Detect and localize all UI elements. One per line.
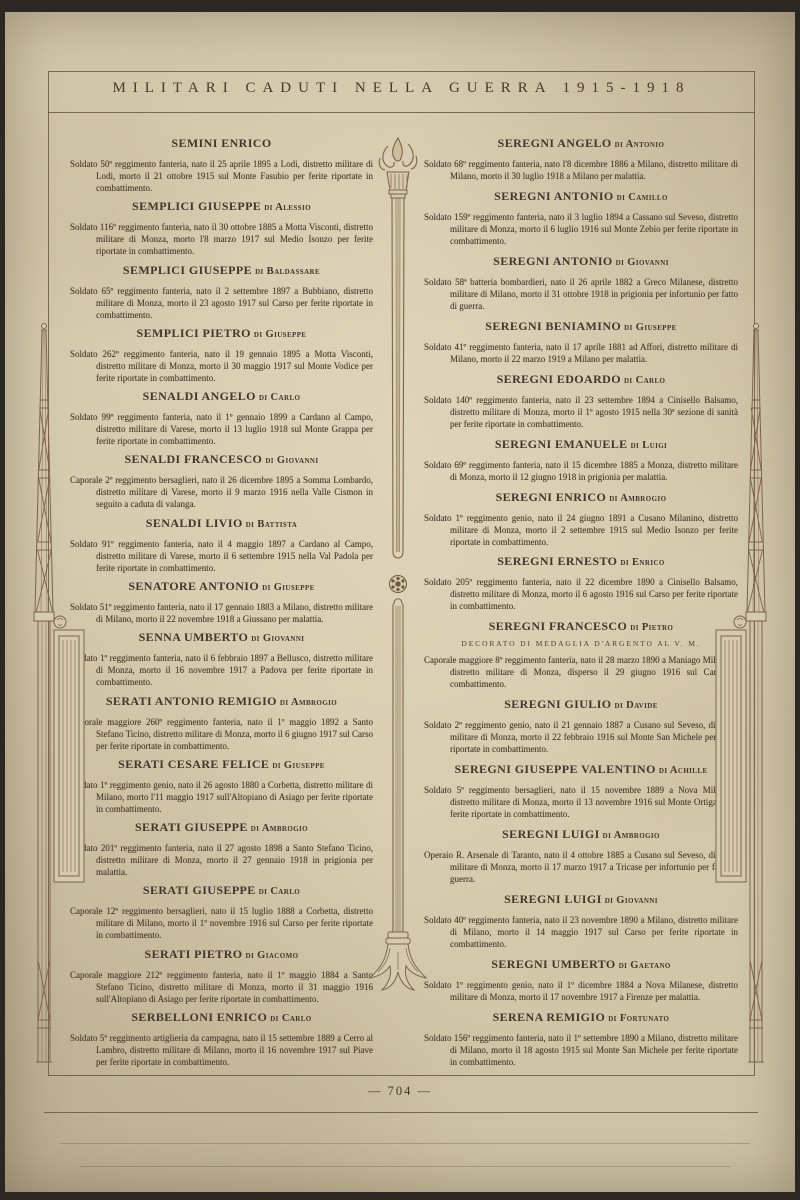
entry-body: Soldato 1º reggimento genio, nato il 24 … <box>424 512 738 548</box>
entry-body: Soldato 1º reggimento fanteria, nato il … <box>70 652 373 688</box>
entry: SEMINI ENRICOSoldato 50º reggimento fant… <box>70 136 373 194</box>
entry-heading: SEREGNI ANGELO di Antonio <box>424 136 738 151</box>
frame-rule-header-bottom <box>48 112 755 113</box>
entry-heading: SERATI ANTONIO REMIGIO di Ambrogio <box>70 694 373 709</box>
entry-name: SEREGNI LUIGI <box>502 827 600 841</box>
entry-name: SERATI GIUSEPPE <box>135 820 248 834</box>
entry: SEREGNI LUIGI di AmbrogioOperaio R. Arse… <box>424 827 738 885</box>
entry-body: Soldato 40º reggimento fanteria, nato il… <box>424 914 738 950</box>
entry-heading: SEREGNI ERNESTO di Enrico <box>424 554 738 569</box>
entry-patronymic: di Ambrogio <box>600 830 660 841</box>
entry-name: SERATI CESARE FELICE <box>118 757 269 771</box>
entry-name: SEMINI ENRICO <box>171 136 271 150</box>
entry-body: Soldato 140º reggimento fanteria, nato i… <box>424 394 738 430</box>
entry-patronymic: di Giovanni <box>262 455 318 466</box>
entry-patronymic: di Giuseppe <box>621 322 677 333</box>
entry-name: SENALDI LIVIO <box>146 516 243 530</box>
entry: SERATI GIUSEPPE di AmbrogioSoldato 201º … <box>70 820 373 878</box>
entry-body: Soldato 91º reggimento fanteria, nato il… <box>70 538 373 574</box>
entry: SENNA UMBERTO di GiovanniSoldato 1º regg… <box>70 630 373 688</box>
left-column: SEMINI ENRICOSoldato 50º reggimento fant… <box>70 136 373 1068</box>
entry-patronymic: di Antonio <box>612 139 665 150</box>
entry: SERATI ANTONIO REMIGIO di AmbrogioCapora… <box>70 694 373 752</box>
entry-patronymic: di Luigi <box>628 440 668 451</box>
entry: SENATORE ANTONIO di GiuseppeSoldato 51º … <box>70 579 373 625</box>
entry: SERBELLONI ENRICO di CarloSoldato 5º reg… <box>70 1010 373 1068</box>
entry: SEREGNI ERNESTO di EnricoSoldato 205º re… <box>424 554 738 612</box>
entry-heading: SEREGNI ENRICO di Ambrogio <box>424 490 738 505</box>
entry: SEMPLICI PIETRO di GiuseppeSoldato 262º … <box>70 326 373 384</box>
entry-body: Soldato 65º reggimento fanteria, nato il… <box>70 285 373 321</box>
entry: SENALDI LIVIO di BattistaSoldato 91º reg… <box>70 516 373 574</box>
entry-body: Soldato 159º reggimento fanteria, nato i… <box>424 211 738 247</box>
entry-patronymic: di Giuseppe <box>269 760 325 771</box>
entry: SENALDI ANGELO di CarloSoldato 99º reggi… <box>70 389 373 447</box>
entry-heading: SERATI CESARE FELICE di Giuseppe <box>70 757 373 772</box>
entry-name: SEREGNI ANTONIO <box>494 189 613 203</box>
entry: SEMPLICI GIUSEPPE di BaldassareSoldato 6… <box>70 263 373 321</box>
entry-body: Soldato 41º reggimento fanteria, nato il… <box>424 341 738 365</box>
entry: SERATI CESARE FELICE di GiuseppeSoldato … <box>70 757 373 815</box>
entry-body: Caporale maggiore 212º reggimento fanter… <box>70 969 373 1005</box>
entry-patronymic: di Carlo <box>256 886 300 897</box>
entry-name: SENATORE ANTONIO <box>128 579 259 593</box>
entry: SEREGNI EMANUELE di LuigiSoldato 69º reg… <box>424 437 738 483</box>
entry-name: SEREGNI ANTONIO <box>493 254 612 268</box>
entry-patronymic: di Baldassare <box>252 266 320 277</box>
entry-body: Caporale 2º reggimento bersaglieri, nato… <box>70 474 373 510</box>
entry-patronymic: di Achille <box>656 765 708 776</box>
entry-patronymic: di Ambrogio <box>606 493 666 504</box>
entry-heading: SEREGNI EDOARDO di Carlo <box>424 372 738 387</box>
entry-name: SEREGNI ERNESTO <box>497 554 617 568</box>
page-edge-line <box>80 1166 730 1167</box>
entry-heading: SERATI GIUSEPPE di Ambrogio <box>70 820 373 835</box>
frame-rule-right <box>754 71 755 1075</box>
entry: SERATI GIUSEPPE di CarloCaporale 12º reg… <box>70 883 373 941</box>
entry: SEREGNI EDOARDO di CarloSoldato 140º reg… <box>424 372 738 430</box>
entry-heading: SEREGNI UMBERTO di Gaetano <box>424 957 738 972</box>
entry-body: Soldato 1º reggimento genio, nato il 1º … <box>424 979 738 1003</box>
entry: SEREGNI LUIGI di GiovanniSoldato 40º reg… <box>424 892 738 950</box>
entry-name: SERATI GIUSEPPE <box>143 883 256 897</box>
entry-heading: SERBELLONI ENRICO di Carlo <box>70 1010 373 1025</box>
entry-patronymic: di Pietro <box>627 622 673 633</box>
entry: SERENA REMIGIO di FortunatoSoldato 156º … <box>424 1010 738 1068</box>
entry-patronymic: di Gaetano <box>616 960 671 971</box>
entry-body: Soldato 262º reggimento fanteria, nato i… <box>70 348 373 384</box>
entry: SEREGNI FRANCESCO di PietroDECORATO DI M… <box>424 619 738 690</box>
entry-heading: SERATI PIETRO di Giacomo <box>70 947 373 962</box>
entry-heading: SERATI GIUSEPPE di Carlo <box>70 883 373 898</box>
entry-body: Soldato 51º reggimento fanteria, nato il… <box>70 601 373 625</box>
entry-body: Caporale maggiore 8º reggimento fanteria… <box>424 654 738 690</box>
entry-heading: SEREGNI EMANUELE di Luigi <box>424 437 738 452</box>
entry-name: SENNA UMBERTO <box>139 630 249 644</box>
entry-name: SEREGNI BENIAMINO <box>485 319 621 333</box>
entry-body: Caporale 12º reggimento bersaglieri, nat… <box>70 905 373 941</box>
entry-patronymic: di Fortunato <box>605 1013 669 1024</box>
entry-patronymic: di Davide <box>612 700 658 711</box>
entry-heading: SENALDI ANGELO di Carlo <box>70 389 373 404</box>
entry: SENALDI FRANCESCO di GiovanniCaporale 2º… <box>70 452 373 510</box>
entry: SEREGNI UMBERTO di GaetanoSoldato 1º reg… <box>424 957 738 1003</box>
entry-name: SERBELLONI ENRICO <box>131 1010 267 1024</box>
entry-patronymic: di Carlo <box>256 392 300 403</box>
entry-heading: SEMPLICI GIUSEPPE di Baldassare <box>70 263 373 278</box>
entry-heading: SENALDI FRANCESCO di Giovanni <box>70 452 373 467</box>
entry-body: Soldato 5º reggimento bersaglieri, nato … <box>424 784 738 820</box>
entry-name: SERATI PIETRO <box>145 947 243 961</box>
entry-name: SEREGNI ENRICO <box>496 490 607 504</box>
entry: SEREGNI BENIAMINO di GiuseppeSoldato 41º… <box>424 319 738 365</box>
entry: SEREGNI GIUSEPPE VALENTINO di AchilleSol… <box>424 762 738 820</box>
entry: SEREGNI ENRICO di AmbrogioSoldato 1º reg… <box>424 490 738 548</box>
entry-heading: SEREGNI LUIGI di Ambrogio <box>424 827 738 842</box>
entry-patronymic: di Giovanni <box>602 895 658 906</box>
entry-heading: SEREGNI FRANCESCO di Pietro <box>424 619 738 634</box>
entry-patronymic: di Battista <box>243 519 298 530</box>
entry-body: Soldato 201º reggimento fanteria, nato i… <box>70 842 373 878</box>
entry-patronymic: di Giuseppe <box>259 582 315 593</box>
entry-heading: SEREGNI GIUSEPPE VALENTINO di Achille <box>424 762 738 777</box>
frame-rule-footer-bottom <box>44 1112 758 1113</box>
entry: SEREGNI ANTONIO di CamilloSoldato 159º r… <box>424 189 738 247</box>
entry-patronymic: di Enrico <box>617 557 664 568</box>
entry-body: Soldato 1º reggimento genio, nato il 26 … <box>70 779 373 815</box>
entry-name: SEREGNI EMANUELE <box>495 437 628 451</box>
entry-name: SEREGNI GIUSEPPE VALENTINO <box>454 762 655 776</box>
entry-name: SERATI ANTONIO REMIGIO <box>106 694 277 708</box>
frame-rule-left <box>48 71 49 1075</box>
entry-name: SEMPLICI PIETRO <box>137 326 251 340</box>
entry-heading: SERENA REMIGIO di Fortunato <box>424 1010 738 1025</box>
entry-heading: SENNA UMBERTO di Giovanni <box>70 630 373 645</box>
entry-body: Soldato 156º reggimento fanteria, nato i… <box>424 1032 738 1068</box>
entry-patronymic: di Giuseppe <box>251 329 307 340</box>
entry-name: SEREGNI ANGELO <box>498 136 612 150</box>
entry-patronymic: di Giacomo <box>243 950 299 961</box>
page-edge-line <box>60 1143 750 1144</box>
entry-name: SEREGNI EDOARDO <box>497 372 621 386</box>
entry-name: SEREGNI GIULIO <box>504 697 611 711</box>
entry-heading: SEMPLICI GIUSEPPE di Alessio <box>70 199 373 214</box>
entry-name: SEREGNI UMBERTO <box>491 957 615 971</box>
entry-body: Operaio R. Arsenale di Taranto, nato il … <box>424 849 738 885</box>
entry-heading: SEMPLICI PIETRO di Giuseppe <box>70 326 373 341</box>
entry-heading: SENALDI LIVIO di Battista <box>70 516 373 531</box>
entry: SEMPLICI GIUSEPPE di AlessioSoldato 116º… <box>70 199 373 257</box>
entry-body: Soldato 50º reggimento fanteria, nato il… <box>70 158 373 194</box>
entry-body: Soldato 2º reggimento genio, nato il 21 … <box>424 719 738 755</box>
entry-heading: SEREGNI ANTONIO di Camillo <box>424 189 738 204</box>
page-title: MILITARI CADUTI NELLA GUERRA 1915-1918 <box>48 80 755 97</box>
entry-name: SEMPLICI GIUSEPPE <box>132 199 261 213</box>
entry-body: Soldato 99º reggimento fanteria, nato il… <box>70 411 373 447</box>
entry-name: SENALDI ANGELO <box>143 389 256 403</box>
entry-body: Soldato 205º reggimento fanteria, nato i… <box>424 576 738 612</box>
entry-body: Soldato 58ª batteria bombardieri, nato i… <box>424 276 738 312</box>
scanned-book-page: { "page": { "header": "MILITARI CADUTI N… <box>0 0 800 1200</box>
entry-heading: SEREGNI GIULIO di Davide <box>424 697 738 712</box>
entry-patronymic: di Alessio <box>261 202 311 213</box>
entry-heading: SENATORE ANTONIO di Giuseppe <box>70 579 373 594</box>
entry: SERATI PIETRO di GiacomoCaporale maggior… <box>70 947 373 1005</box>
entry-name: SENALDI FRANCESCO <box>124 452 262 466</box>
entry-patronymic: di Ambrogio <box>248 823 308 834</box>
entry: SEREGNI GIULIO di DavideSoldato 2º reggi… <box>424 697 738 755</box>
entry-patronymic: di Giovanni <box>613 257 669 268</box>
entry-patronymic: di Camillo <box>614 192 668 203</box>
entry-body: Caporale maggiore 260º reggimento fanter… <box>70 716 373 752</box>
entry-name: SEREGNI LUIGI <box>504 892 602 906</box>
entry-body: Soldato 68º reggimento fanteria, nato l'… <box>424 158 738 182</box>
entry-patronymic: di Carlo <box>267 1013 311 1024</box>
frame-rule-footer-top <box>48 1075 755 1076</box>
entry-body: Soldato 5º reggimento artiglieria da cam… <box>70 1032 373 1068</box>
frame-rule-top <box>48 71 755 72</box>
entry-heading: SEREGNI ANTONIO di Giovanni <box>424 254 738 269</box>
entry-heading: SEREGNI BENIAMINO di Giuseppe <box>424 319 738 334</box>
entry-decoration: DECORATO DI MEDAGLIA D'ARGENTO AL V. M. <box>424 639 738 648</box>
page-number: — 704 — <box>0 1084 800 1099</box>
entry: SEREGNI ANTONIO di GiovanniSoldato 58ª b… <box>424 254 738 312</box>
entry-body: Soldato 69º reggimento fanteria, nato il… <box>424 459 738 483</box>
entry-body: Soldato 116º reggimento fanteria, nato i… <box>70 221 373 257</box>
right-column: SEREGNI ANGELO di AntonioSoldato 68º reg… <box>424 136 738 1068</box>
entry-patronymic: di Carlo <box>621 375 665 386</box>
entry-name: SERENA REMIGIO <box>493 1010 606 1024</box>
entry-heading: SEREGNI LUIGI di Giovanni <box>424 892 738 907</box>
entry-heading: SEMINI ENRICO <box>70 136 373 151</box>
entry-name: SEMPLICI GIUSEPPE <box>123 263 252 277</box>
entry: SEREGNI ANGELO di AntonioSoldato 68º reg… <box>424 136 738 182</box>
entry-name: SEREGNI FRANCESCO <box>489 619 628 633</box>
entry-patronymic: di Ambrogio <box>277 697 337 708</box>
entry-patronymic: di Giovanni <box>248 633 304 644</box>
